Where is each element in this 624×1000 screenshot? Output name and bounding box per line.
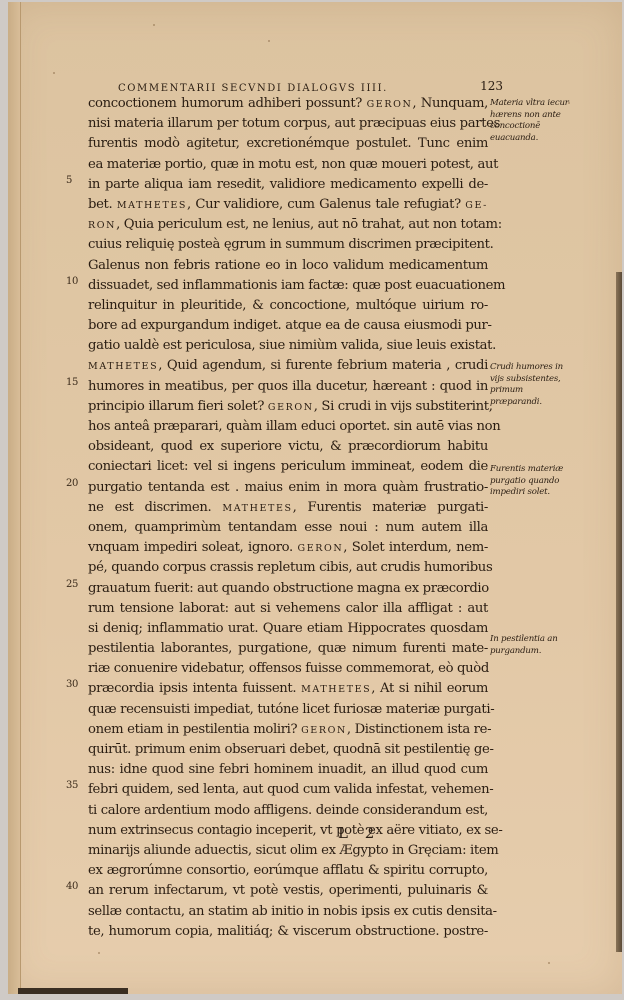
line-text: ex ægrorúmne consortio, eorúmque afflatu… — [88, 863, 488, 878]
text-line: 15humores in meatibus, per quos illa duc… — [88, 377, 488, 397]
speaker-name: MATHETES — [88, 361, 158, 372]
line-number: 30 — [66, 675, 78, 695]
text-line: quirūt. primum enim obseruari debet, quo… — [88, 740, 488, 760]
page-number: 123 — [480, 79, 503, 93]
line-number: 40 — [66, 877, 78, 897]
line-text: dissuadet, sed inflammationis iam factæ:… — [88, 278, 505, 293]
line-text: ti calore ardentium modo affligens. dein… — [88, 803, 488, 818]
text-line: cuius reliquię posteà ęgrum in summum di… — [88, 235, 488, 255]
line-text: , Quid agendum, si furente febrium mater… — [158, 358, 488, 373]
line-number: 25 — [66, 575, 78, 595]
book-page: COMMENTARII SECVNDI DIALOGVS IIII. 123 c… — [8, 2, 622, 994]
text-line: 30præcordia ipsis intenta fuissent. MATH… — [88, 679, 488, 699]
text-line: pé, quando corpus crassis repletum cibis… — [88, 558, 488, 578]
text-line: bet. MATHETES, Cur validiore, cum Galenu… — [88, 195, 488, 215]
line-text: grauatum fuerit: aut quando obstructione… — [88, 581, 489, 596]
line-text: , Si crudi in vijs substiterint, — [314, 399, 493, 414]
text-line: ne est discrimen. MATHETES, Furentis mat… — [88, 498, 488, 518]
line-text: rum tensione laborat: aut si vehemens ca… — [88, 601, 488, 616]
line-number: 10 — [66, 272, 78, 292]
text-line: onem etiam in pestilentia moliri? GERON,… — [88, 720, 488, 740]
speaker-name: GERON — [298, 543, 344, 554]
line-text: relinquitur in pleuritide, & concoctione… — [88, 298, 488, 313]
speaker-name: RON — [88, 220, 116, 231]
body-text: concoctionem humorum adhiberi possunt? G… — [88, 94, 488, 942]
line-number: 20 — [66, 474, 78, 494]
text-line: si deniq; inflammatio urat. Quare etiam … — [88, 619, 488, 639]
text-line: concoctionem humorum adhiberi possunt? G… — [88, 94, 488, 114]
text-line: principio illarum fieri solet? GERON, Si… — [88, 397, 488, 417]
text-line: quæ recensuisti impediat, tutóne licet f… — [88, 700, 488, 720]
text-line: nisi materia illarum per totum corpus, a… — [88, 114, 488, 134]
line-text: gatio ualdè est periculosa, siue nimiùm … — [88, 338, 496, 353]
line-text: ne est discrimen. — [88, 500, 222, 515]
text-line: furentis modò agitetur, excretionémque p… — [88, 134, 488, 154]
speaker-name: MATHETES — [301, 684, 371, 695]
text-line: ea materiæ portio, quæ in motu est, non … — [88, 155, 488, 175]
running-head: COMMENTARII SECVNDI DIALOGVS IIII. 123 — [118, 80, 503, 94]
line-text: bet. — [88, 197, 117, 212]
line-text: onem etiam in pestilentia moliri? — [88, 722, 301, 737]
line-text: , At si nihil eorum — [371, 681, 488, 696]
text-line: relinquitur in pleuritide, & concoctione… — [88, 296, 488, 316]
text-line: MATHETES, Quid agendum, si furente febri… — [88, 356, 488, 376]
speaker-name: MATHETES — [117, 200, 187, 211]
line-text: si deniq; inflammatio urat. Quare etiam … — [88, 621, 488, 636]
line-text: nus: idne quod sine febri hominem inuadi… — [88, 762, 488, 777]
speaker-name: GERON — [301, 725, 347, 736]
line-text: coniectari licet: vel si ingens periculu… — [88, 459, 488, 474]
line-text: pestilentia laborantes, purgatione, quæ … — [88, 641, 488, 656]
line-text: quirūt. primum enim obseruari debet, quo… — [88, 742, 494, 757]
line-text: riæ conuenire videbatur, offensos fuisse… — [88, 661, 489, 676]
text-line: coniectari licet: vel si ingens periculu… — [88, 457, 488, 477]
text-line: riæ conuenire videbatur, offensos fuisse… — [88, 659, 488, 679]
line-text: , Furentis materiæ purgati- — [293, 500, 488, 515]
line-text: purgatio tentanda est . maius enim in mo… — [88, 480, 488, 495]
page-text: COMMENTARII SECVNDI DIALOGVS IIII. 123 c… — [8, 2, 622, 994]
marginal-note: In pestilentia an purgandum. — [490, 634, 572, 657]
line-text: pé, quando corpus crassis repletum cibis… — [88, 560, 492, 575]
text-line: 35febri quidem, sed lenta, aut quod cum … — [88, 780, 488, 800]
line-text: , Quia periculum est, ne lenius, aut nō … — [116, 217, 502, 232]
line-text: onem, quamprimùm tentandam esse noui : n… — [88, 520, 488, 535]
line-number: 5 — [66, 171, 72, 191]
text-line: ti calore ardentium modo affligens. dein… — [88, 801, 488, 821]
text-line: 25grauatum fuerit: aut quando obstructio… — [88, 579, 488, 599]
marginal-note: Furentis materiæ purgatio quando impedir… — [490, 464, 572, 499]
text-line: gatio ualdè est periculosa, siue nimiùm … — [88, 336, 488, 356]
text-line: rum tensione laborat: aut si vehemens ca… — [88, 599, 488, 619]
line-text: , Nunquam, — [412, 96, 488, 111]
text-line: ex ægrorúmne consortio, eorúmque afflatu… — [88, 861, 488, 881]
text-line: 40an rerum infectarum, vt potè vestis, o… — [88, 881, 488, 901]
text-line: 5in parte aliqua iam resedit, validiore … — [88, 175, 488, 195]
line-text: vnquam impediri soleat, ignoro. — [88, 540, 298, 555]
marginal-note: Crudi humores in vijs subsistentes, prim… — [490, 362, 572, 408]
scan-background: COMMENTARII SECVNDI DIALOGVS IIII. 123 c… — [0, 0, 624, 1000]
speaker-name: MATHETES — [222, 503, 292, 514]
text-line: minarijs aliunde aduectis, sicut olim ex… — [88, 841, 488, 861]
running-head-title: COMMENTARII SECVNDI DIALOGVS IIII. — [118, 83, 388, 94]
line-text: furentis modò agitetur, excretionémque p… — [88, 136, 488, 151]
line-text: nisi materia illarum per totum corpus, a… — [88, 116, 500, 131]
line-text: minarijs aliunde aduectis, sicut olim ex… — [88, 843, 498, 858]
line-text: præcordia ipsis intenta fuissent. — [88, 681, 301, 696]
line-text: humores in meatibus, per quos illa ducet… — [88, 379, 488, 394]
text-line: RON, Quia periculum est, ne lenius, aut … — [88, 215, 488, 235]
line-text: bore ad expurgandum indiget. atque ea de… — [88, 318, 492, 333]
text-line: 10dissuadet, sed inflammationis iam fact… — [88, 276, 488, 296]
line-text: , Distinctionem ista re- — [347, 722, 491, 737]
line-text: , Solet interdum, nem- — [343, 540, 488, 555]
speaker-name: GE- — [465, 200, 488, 211]
text-line: vnquam impediri soleat, ignoro. GERON, S… — [88, 538, 488, 558]
line-text: quæ recensuisti impediat, tutóne licet f… — [88, 702, 494, 717]
line-text: ea materiæ portio, quæ in motu est, non … — [88, 157, 498, 172]
text-line: 20purgatio tentanda est . maius enim in … — [88, 478, 488, 498]
text-line: num extrinsecus contagio inceperit, vt p… — [88, 821, 488, 841]
line-text: concoctionem humorum adhiberi possunt? — [88, 96, 367, 111]
speaker-name: GERON — [367, 99, 413, 110]
line-text: sellæ contactu, an statim ab initio in n… — [88, 904, 497, 919]
line-number: 35 — [66, 776, 78, 796]
text-line: Galenus non febris ratione eo in loco va… — [88, 256, 488, 276]
text-line: nus: idne quod sine febri hominem inuadi… — [88, 760, 488, 780]
line-text: Galenus non febris ratione eo in loco va… — [88, 258, 488, 273]
text-line: onem, quamprimùm tentandam esse noui : n… — [88, 518, 488, 538]
line-text: febri quidem, sed lenta, aut quod cum va… — [88, 782, 493, 797]
text-line: bore ad expurgandum indiget. atque ea de… — [88, 316, 488, 336]
line-text: hos anteâ præparari, quàm illam educi op… — [88, 419, 500, 434]
signature-mark: L 2 — [338, 824, 380, 842]
line-number: 15 — [66, 373, 78, 393]
text-line: obsideant, quod ex superiore victu, & pr… — [88, 437, 488, 457]
line-text: obsideant, quod ex superiore victu, & pr… — [88, 439, 488, 454]
line-text: cuius reliquię posteà ęgrum in summum di… — [88, 237, 493, 252]
text-line: te, humorum copia, malitiáq; & viscerum … — [88, 922, 488, 942]
line-text: principio illarum fieri solet? — [88, 399, 268, 414]
marginal-note: Materia vltra iecur hærens non ante conc… — [490, 98, 572, 144]
line-text: num extrinsecus contagio inceperit, vt p… — [88, 823, 502, 838]
speaker-name: GERON — [268, 402, 314, 413]
line-text: , Cur validiore, cum Galenus tale refugi… — [187, 197, 465, 212]
line-text: in parte aliqua iam resedit, validiore m… — [88, 177, 488, 192]
text-line: sellæ contactu, an statim ab initio in n… — [88, 902, 488, 922]
line-text: te, humorum copia, malitiáq; & viscerum … — [88, 924, 488, 939]
text-line: hos anteâ præparari, quàm illam educi op… — [88, 417, 488, 437]
line-text: an rerum infectarum, vt potè vestis, ope… — [88, 883, 488, 898]
text-line: pestilentia laborantes, purgatione, quæ … — [88, 639, 488, 659]
